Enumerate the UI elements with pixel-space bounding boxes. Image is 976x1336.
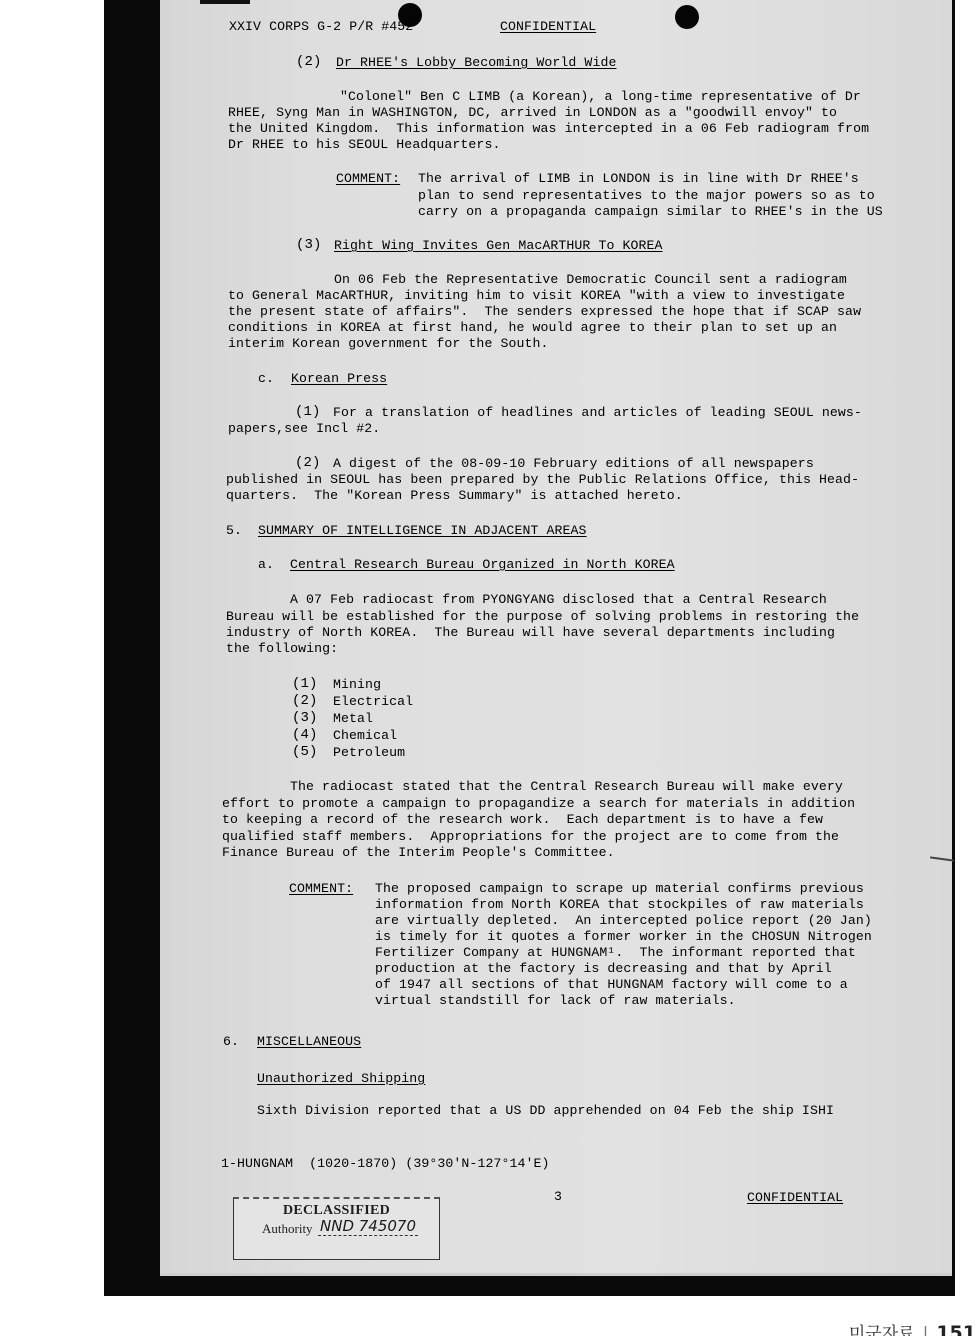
stamp-authority-label: Authority xyxy=(262,1221,313,1237)
body-line: Sixth Division reported that a US DD app… xyxy=(257,1103,834,1119)
book-page-number: 151 xyxy=(936,1322,976,1336)
comment-line: The arrival of LIMB in LONDON is in line… xyxy=(418,171,859,187)
section-letter: a. xyxy=(258,557,274,573)
body-line: published in SEOUL has been prepared by … xyxy=(226,472,859,488)
body-line: The radiocast stated that the Central Re… xyxy=(290,779,843,795)
body-line: A 07 Feb radiocast from PYONGYANG disclo… xyxy=(290,592,827,608)
body-line: the present state of affairs". The sende… xyxy=(228,304,861,320)
list-item: Electrical xyxy=(333,694,413,710)
item-number: (1) xyxy=(295,404,321,420)
section-number: 6. xyxy=(223,1034,239,1050)
body-line: the following: xyxy=(226,641,338,657)
report-id: XXIV CORPS G-2 P/R #452 xyxy=(229,19,413,35)
body-line: Dr RHEE to his SEOUL Headquarters. xyxy=(228,137,500,153)
body-line: interim Korean government for the South. xyxy=(228,336,549,352)
declassified-stamp: DECLASSIFIED Authority NND 745070 xyxy=(233,1197,440,1260)
paper-edge xyxy=(160,1273,952,1276)
section-title: Central Research Bureau Organized in Nor… xyxy=(290,557,675,573)
list-number: (4) xyxy=(292,727,318,743)
item-title: Dr RHEE's Lobby Becoming World Wide xyxy=(336,55,616,71)
section-letter: c. xyxy=(258,371,274,387)
body-line: papers,see Incl #2. xyxy=(228,421,380,437)
punch-hole-icon xyxy=(675,5,699,29)
body-line: effort to promote a campaign to propagan… xyxy=(222,796,855,812)
comment-line: carry on a propaganda campaign similar t… xyxy=(418,204,883,220)
scan-artifact xyxy=(200,0,250,4)
body-line: to General MacARTHUR, inviting him to vi… xyxy=(228,288,845,304)
list-number: (5) xyxy=(292,744,318,760)
section-subtitle: Unauthorized Shipping xyxy=(257,1071,425,1087)
page-number: 3 xyxy=(554,1189,562,1205)
book-section-label: 미군자료 xyxy=(849,1324,915,1336)
list-number: (2) xyxy=(292,693,318,709)
list-number: (3) xyxy=(292,710,318,726)
comment-line: production at the factory is decreasing … xyxy=(375,961,832,977)
header-classification: CONFIDENTIAL xyxy=(500,19,596,35)
body-line: A digest of the 08-09-10 February editio… xyxy=(333,456,814,472)
list-item: Petroleum xyxy=(333,745,405,761)
item-number: (2) xyxy=(295,455,321,471)
section-title: MISCELLANEOUS xyxy=(257,1034,361,1050)
body-line: to keeping a record of the research work… xyxy=(222,812,823,828)
footnote: 1-HUNGNAM (1020-1870) (39°30'N-127°14'E) xyxy=(221,1156,550,1172)
comment-label: COMMENT: xyxy=(289,881,353,897)
body-line: Bureau will be established for the purpo… xyxy=(226,609,859,625)
body-line: qualified staff members. Appropriations … xyxy=(222,829,839,845)
body-line: industry of North KOREA. The Bureau will… xyxy=(226,625,835,641)
body-line: the United Kingdom. This information was… xyxy=(228,121,869,137)
section-number: 5. xyxy=(226,523,242,539)
comment-label: COMMENT: xyxy=(336,171,400,187)
list-number: (1) xyxy=(292,676,318,692)
book-footer: 미군자료|151 xyxy=(849,1319,976,1336)
body-line: "Colonel" Ben C LIMB (a Korean), a long-… xyxy=(340,89,861,105)
body-line: Finance Bureau of the Interim People's C… xyxy=(222,845,615,861)
list-item: Metal xyxy=(333,711,373,727)
body-line: conditions in KOREA at first hand, he wo… xyxy=(228,320,837,336)
stamp-authority-value: NND 745070 xyxy=(318,1217,418,1236)
item-title: Right Wing Invites Gen MacARTHUR To KORE… xyxy=(334,238,663,254)
body-line: On 06 Feb the Representative Democratic … xyxy=(334,272,847,288)
comment-line: of 1947 all sections of that HUNGNAM fac… xyxy=(375,977,848,993)
body-line: For a translation of headlines and artic… xyxy=(333,405,862,421)
footer-classification: CONFIDENTIAL xyxy=(747,1190,843,1206)
list-item: Chemical xyxy=(333,728,397,744)
body-line: RHEE, Syng Man in WASHINGTON, DC, arrive… xyxy=(228,105,837,121)
item-number: (3) xyxy=(296,237,322,253)
body-line: quarters. The "Korean Press Summary" is … xyxy=(226,488,683,504)
section-title: Korean Press xyxy=(291,371,387,387)
comment-line: is timely for it quotes a former worker … xyxy=(375,929,872,945)
comment-line: are virtually depleted. An intercepted p… xyxy=(375,913,872,929)
comment-line: The proposed campaign to scrape up mater… xyxy=(375,881,864,897)
comment-line: virtual standstill for lack of raw mater… xyxy=(375,993,736,1009)
comment-line: information from North KOREA that stockp… xyxy=(375,897,864,913)
footer-separator: | xyxy=(923,1324,929,1336)
section-title: SUMMARY OF INTELLIGENCE IN ADJACENT AREA… xyxy=(258,523,587,539)
comment-line: Fertilizer Company at HUNGNAM¹. The info… xyxy=(375,945,856,961)
list-item: Mining xyxy=(333,677,381,693)
comment-line: plan to send representatives to the majo… xyxy=(418,188,875,204)
item-number: (2) xyxy=(296,54,322,70)
